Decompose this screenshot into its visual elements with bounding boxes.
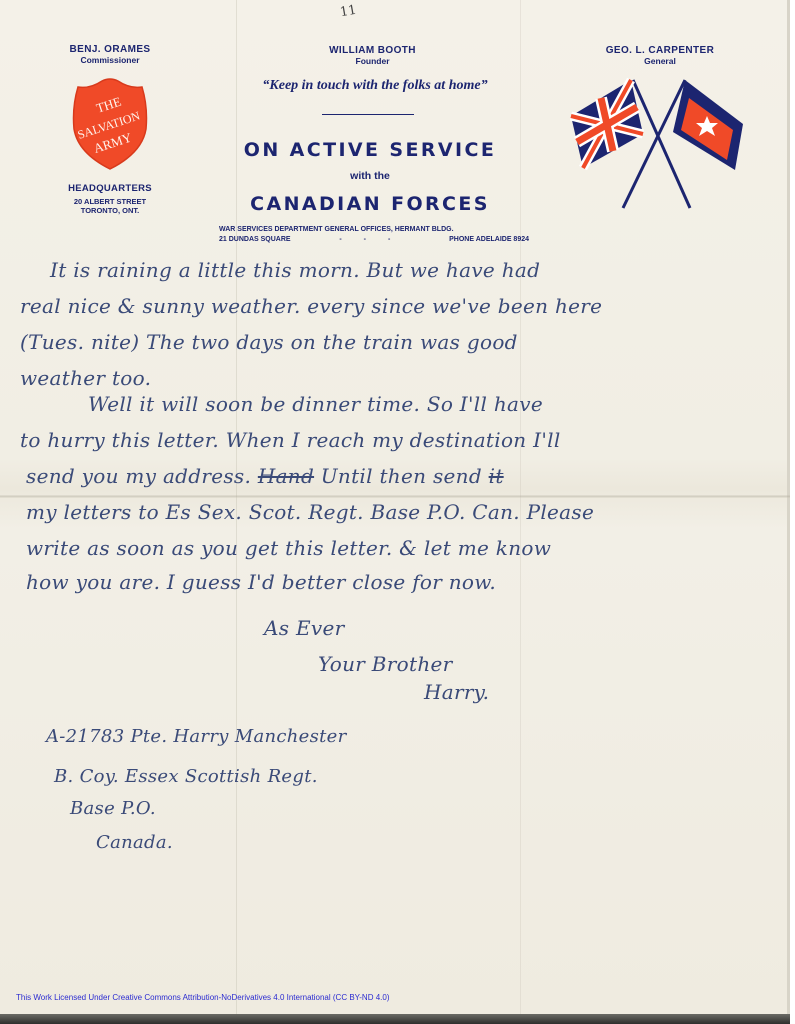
letter-line-1: It is raining a little this morn. But we… xyxy=(50,258,540,282)
right-officer-role: General xyxy=(595,56,725,66)
salvation-army-flag-icon xyxy=(673,80,743,170)
return-address-line-4: Canada. xyxy=(96,832,173,853)
paper-bottom-edge xyxy=(0,1014,790,1024)
struck-word-2: it xyxy=(489,464,504,488)
separator-dashes: - - - xyxy=(339,236,400,243)
left-officer: BENJ. ORAMES Commissioner xyxy=(58,44,162,65)
letter-line-6: to hurry this letter. When I reach my de… xyxy=(20,428,561,452)
tagline: “Keep in touch with the folks at home” xyxy=(225,78,525,94)
department-address: WAR SERVICES DEPARTMENT GENERAL OFFICES,… xyxy=(219,226,529,233)
letter-line-4: weather too. xyxy=(20,366,151,390)
right-officer-name: GEO. L. CARPENTER xyxy=(595,45,725,56)
letter-line-2: real nice & sunny weather. every since w… xyxy=(20,294,602,318)
title-with-the: with the xyxy=(215,170,525,182)
hq-city: TORONTO, ONT. xyxy=(58,206,162,215)
letter-line-3: (Tues. nite) The two days on the train w… xyxy=(20,330,518,354)
license-notice: This Work Licensed Under Creative Common… xyxy=(16,993,389,1002)
headquarters-address: HEADQUARTERS 20 ALBERT STREET TORONTO, O… xyxy=(58,183,162,215)
paper-right-margin xyxy=(790,0,795,1024)
union-jack-flag-icon xyxy=(571,80,643,168)
left-officer-role: Commissioner xyxy=(58,55,162,65)
street-address: 21 DUNDAS SQUARE xyxy=(219,236,291,243)
closing-your-brother: Your Brother xyxy=(318,652,453,676)
title-canadian-forces: CANADIAN FORCES xyxy=(215,193,525,215)
right-officer: GEO. L. CARPENTER General xyxy=(595,45,725,66)
page-mark: 11 xyxy=(339,3,358,21)
signature: Harry. xyxy=(424,680,489,704)
struck-word-1: Hand xyxy=(258,464,314,488)
center-officer-role: Founder xyxy=(305,56,440,66)
hq-street: 20 ALBERT STREET xyxy=(58,197,162,206)
hq-label: HEADQUARTERS xyxy=(58,183,162,194)
center-officer-name: WILLIAM BOOTH xyxy=(305,45,440,56)
letter-line-7b: Until then send xyxy=(321,464,482,488)
left-officer-name: BENJ. ORAMES xyxy=(58,44,162,55)
return-address-line-2: B. Coy. Essex Scottish Regt. xyxy=(54,766,318,787)
letter-line-9: write as soon as you get this letter. & … xyxy=(26,536,551,560)
return-address-line-3: Base P.O. xyxy=(70,798,156,819)
tagline-rule xyxy=(322,114,414,115)
letter-line-5: Well it will soon be dinner time. So I'l… xyxy=(88,392,543,416)
fold-crease-horizontal xyxy=(0,495,790,498)
center-officer: WILLIAM BOOTH Founder xyxy=(305,45,440,66)
letter-line-7: send you my address. Hand Until then sen… xyxy=(26,464,504,488)
title-on-active-service: ON ACTIVE SERVICE xyxy=(215,139,525,161)
letter-line-8: my letters to Es Sex. Scot. Regt. Base P… xyxy=(26,500,594,524)
letter-line-10: how you are. I guess I'd better close fo… xyxy=(26,570,496,594)
crossed-flags-icon xyxy=(565,72,755,212)
closing-as-ever: As Ever xyxy=(264,616,344,640)
salvation-army-shield-icon: THE SALVATION ARMY xyxy=(70,77,150,170)
return-address-line-1: A-21783 Pte. Harry Manchester xyxy=(46,726,347,747)
street-phone-line: 21 DUNDAS SQUARE - - - PHONE ADELAIDE 89… xyxy=(219,236,529,243)
letter-line-7a: send you my address. xyxy=(26,464,251,488)
phone-number: PHONE ADELAIDE 8924 xyxy=(449,236,529,243)
